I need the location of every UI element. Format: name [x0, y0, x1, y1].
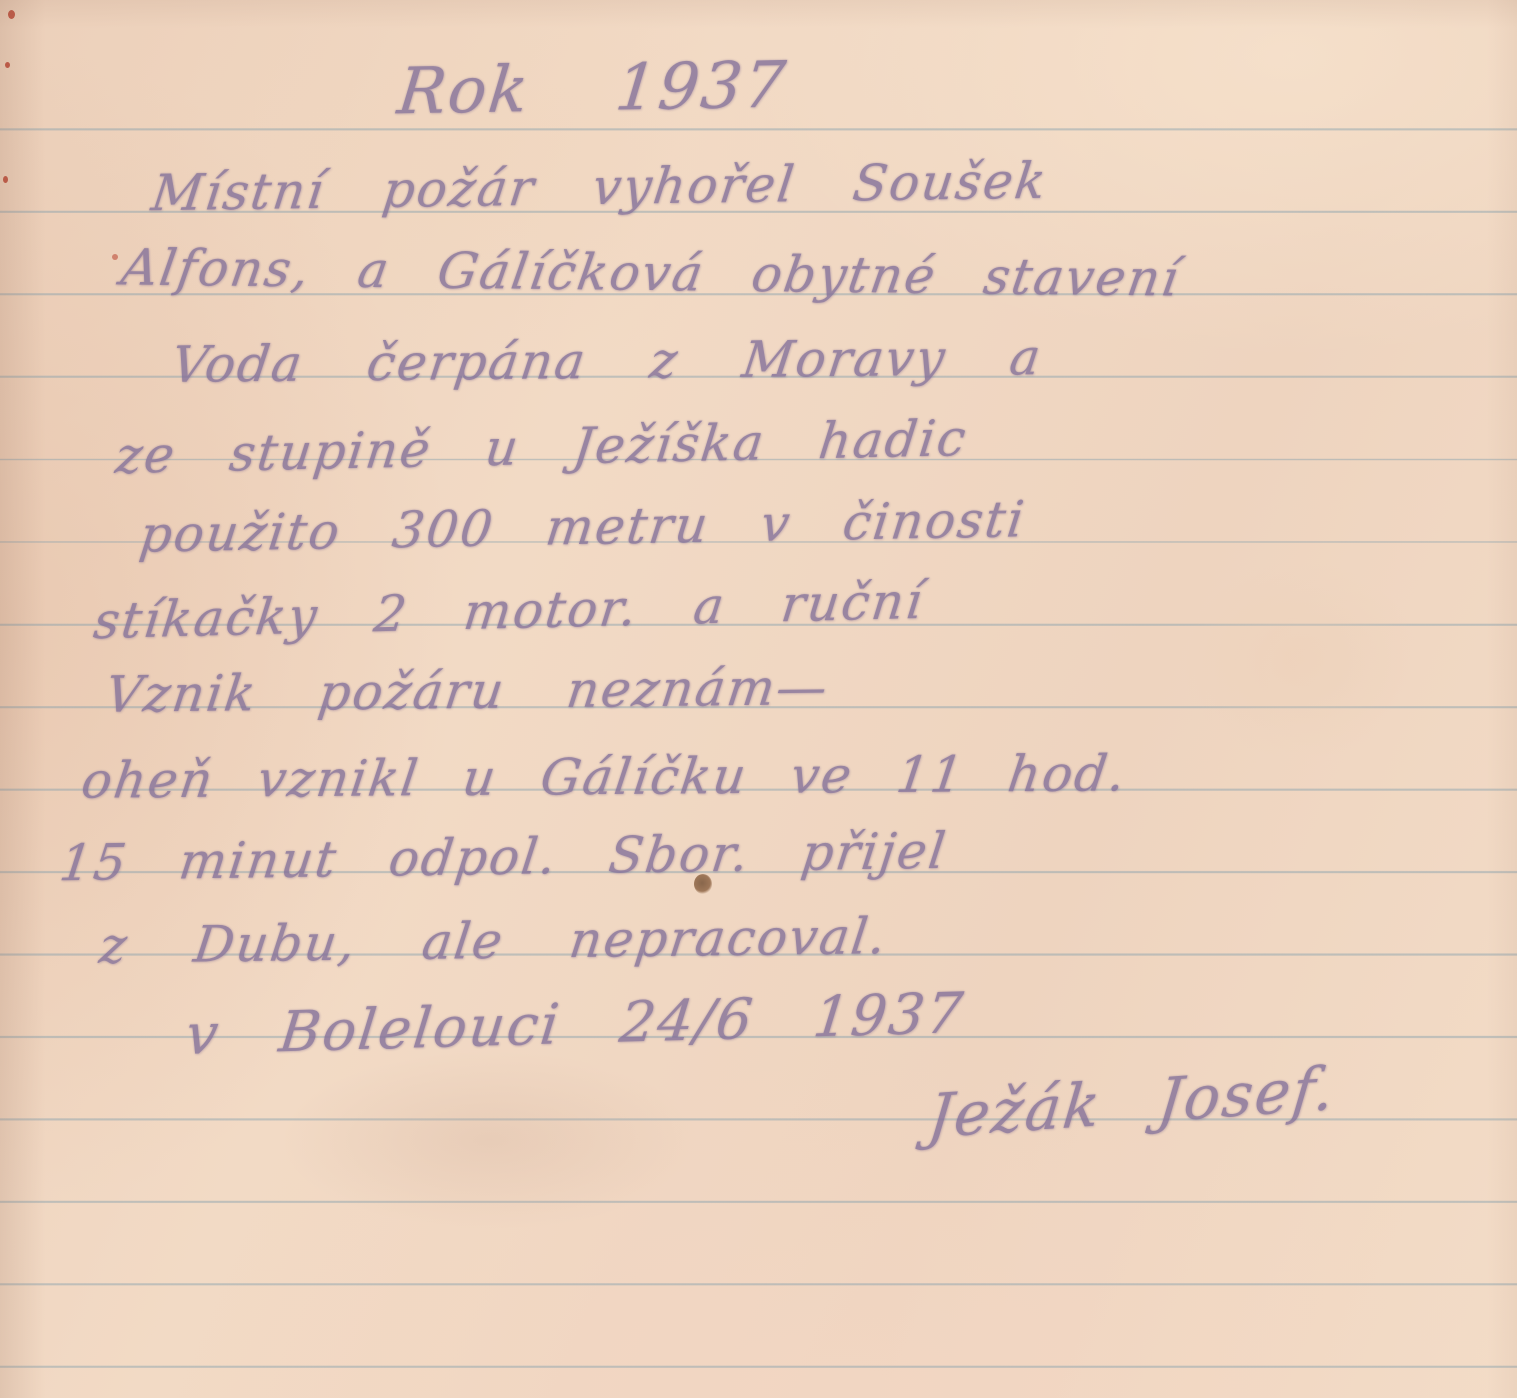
- paper-speck: [112, 254, 118, 260]
- paper-speck: [3, 176, 8, 183]
- paper-speck: [5, 62, 10, 68]
- page-title: Rok 1937: [394, 49, 790, 130]
- paper-speck: [8, 10, 15, 19]
- handwritten-line: Voda čerpána z Moravy a: [168, 328, 1046, 394]
- handwritten-line: z Dubu, ale nepracoval.: [96, 907, 891, 975]
- handwritten-line: oheň vznikl u Gálíčku ve 11 hod.: [78, 744, 1130, 809]
- handwritten-line: Vznik požáru neznám—: [102, 658, 832, 724]
- notebook-page: Rok 1937 Místní požár vyhořel Soušek Alf…: [0, 0, 1517, 1398]
- handwritten-line: Alfons, a Gálíčková obytné stavení: [118, 239, 1185, 308]
